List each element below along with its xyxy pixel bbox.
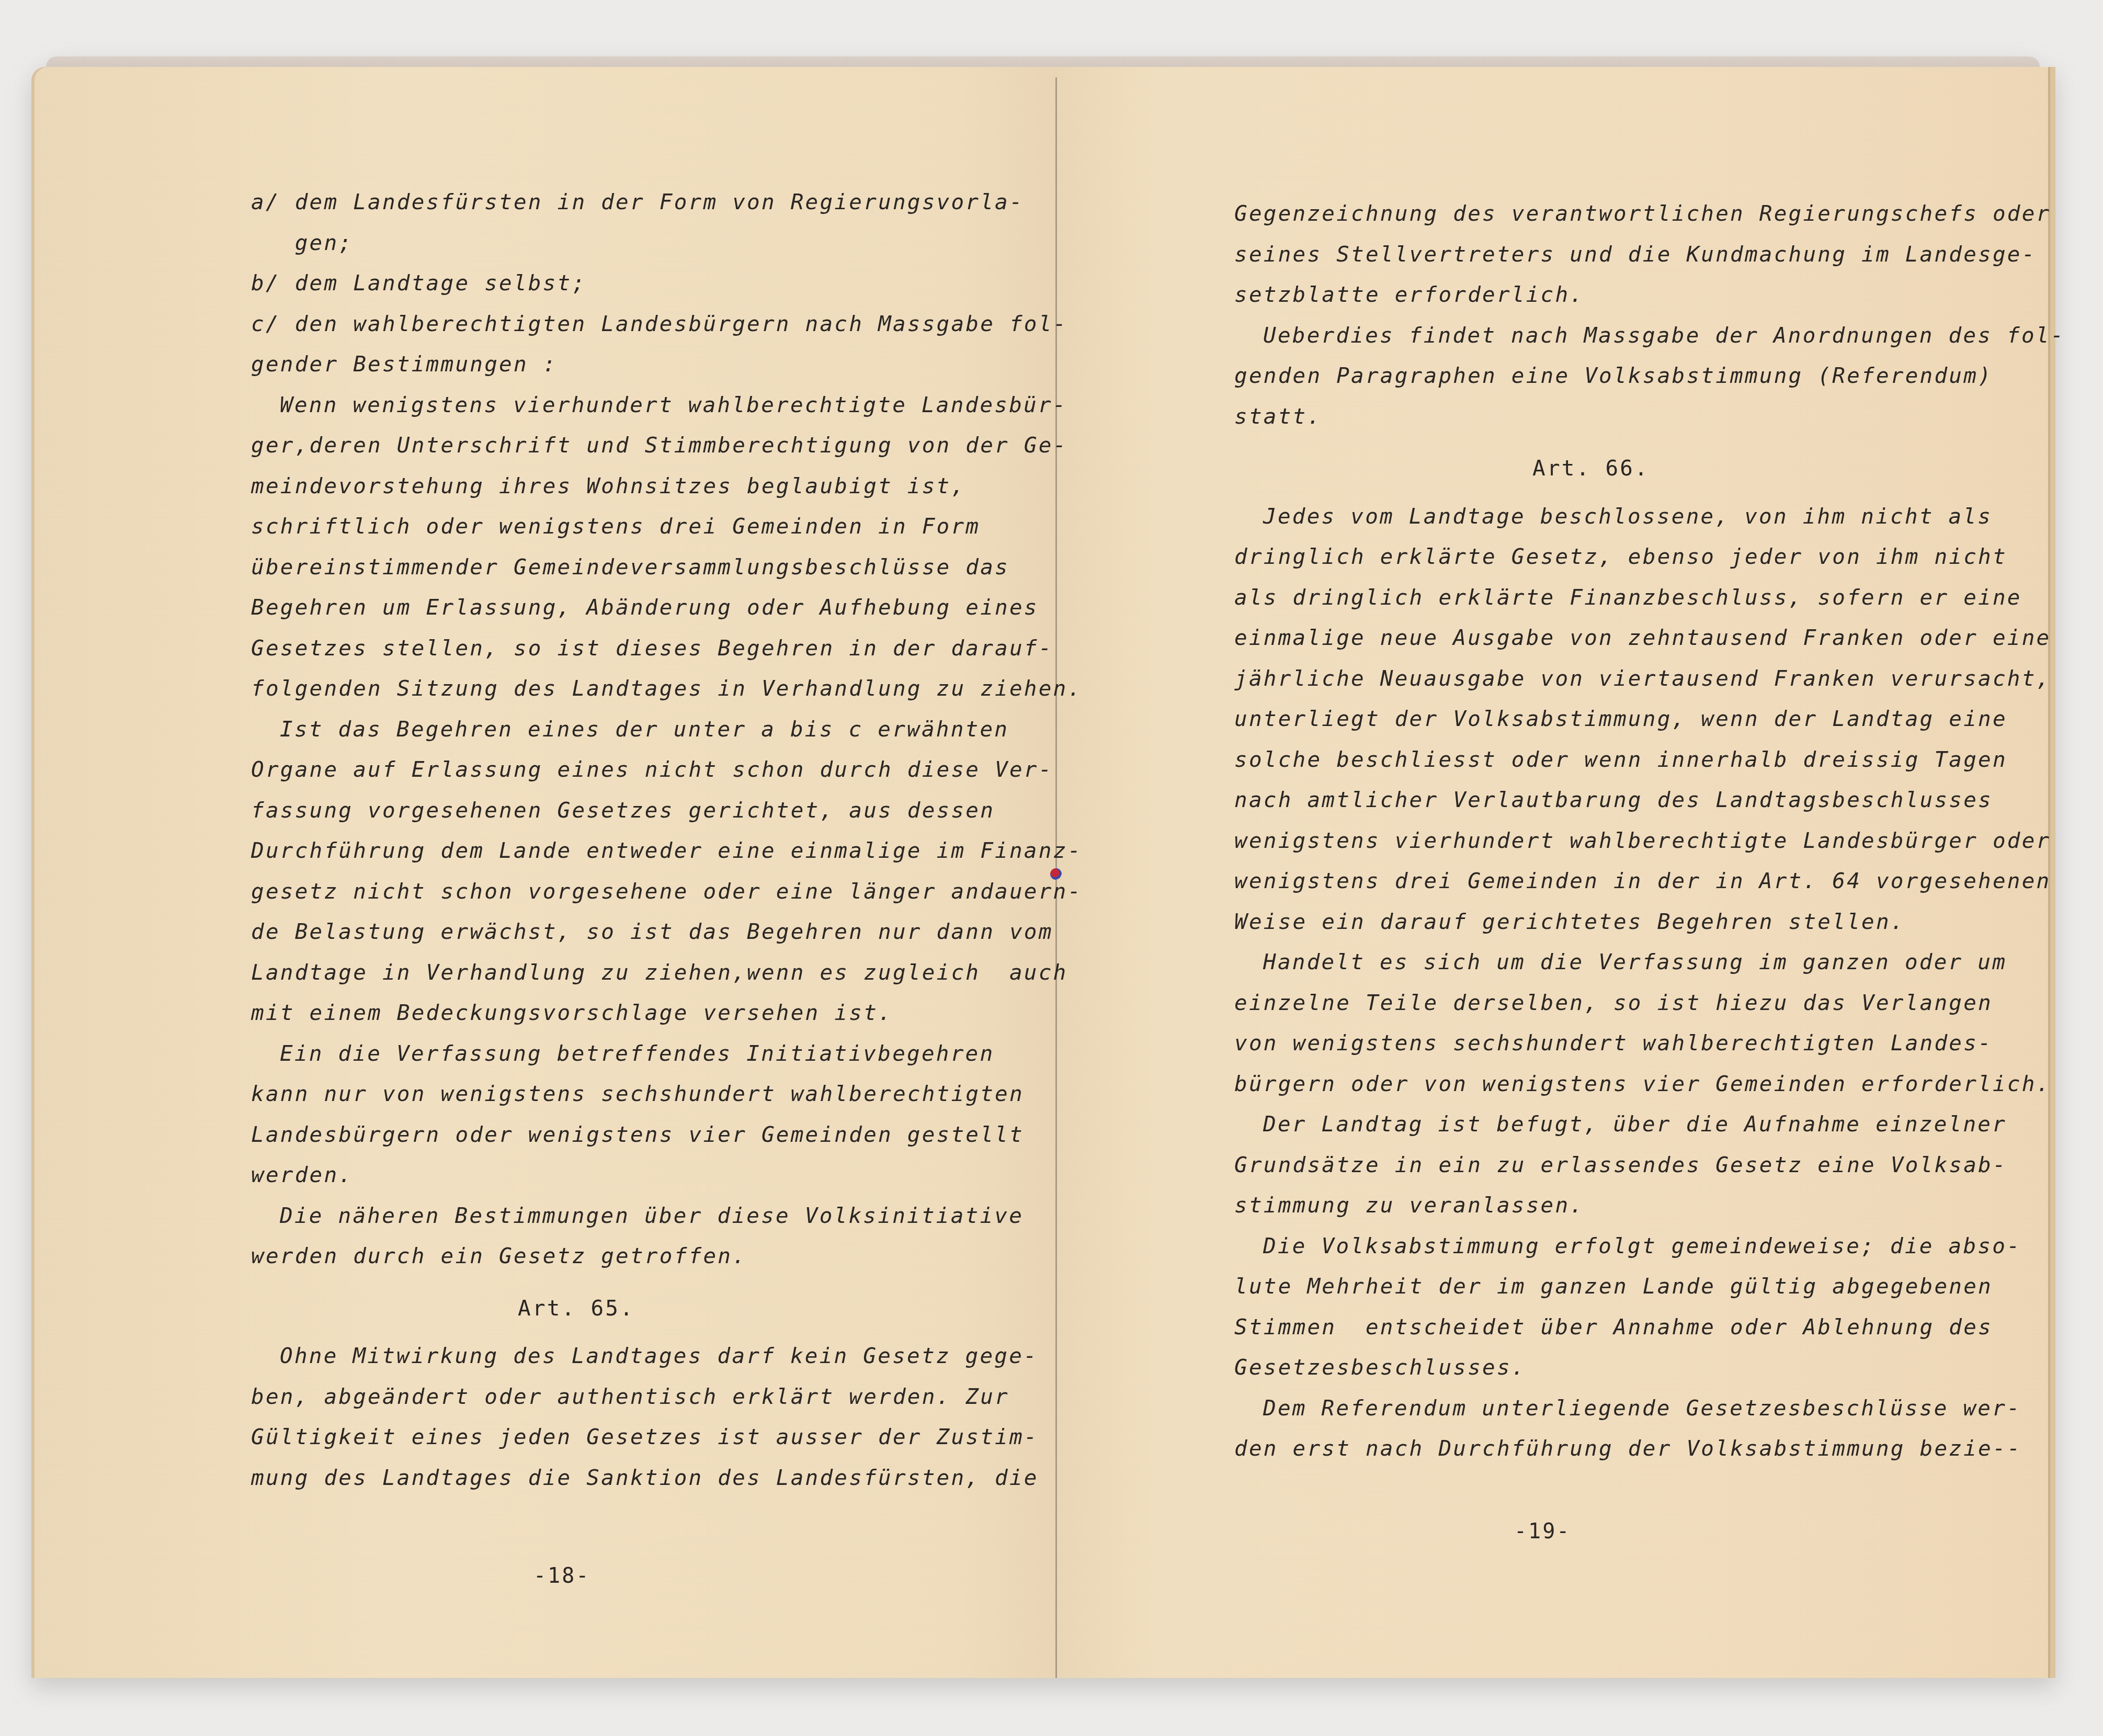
text-line: dringlich erklärte Gesetz, ebenso jeder … [1234, 537, 2065, 577]
text-line: den erst nach Durchführung der Volksabst… [1234, 1428, 2065, 1469]
text-line: seines Stellvertreters und die Kundmachu… [1234, 234, 2065, 275]
article-heading: Art. 65. [251, 1288, 1082, 1329]
page-number-right: -19- [1514, 1519, 1571, 1544]
text-line: fassung vorgesehenen Gesetzes gerichtet,… [251, 790, 1082, 831]
text-line: mit einem Bedeckungsvorschlage versehen … [251, 993, 1082, 1034]
text-line: Handelt es sich um die Verfassung im gan… [1234, 942, 2065, 983]
text-line: Jedes vom Landtage beschlossene, von ihm… [1234, 496, 2065, 537]
text-line: Stimmen entscheidet über Annahme oder Ab… [1234, 1307, 2065, 1348]
text-line: Weise ein darauf gerichtetes Begehren st… [1234, 902, 2065, 943]
text-line: unterliegt der Volksabstimmung, wenn der… [1234, 699, 2065, 740]
text-line: gender Bestimmungen : [251, 344, 1082, 385]
text-line: Grundsätze in ein zu erlassendes Gesetz … [1234, 1145, 2065, 1186]
text-line: einzelne Teile derselben, so ist hiezu d… [1234, 983, 2065, 1024]
text-line: Gesetzes stellen, so ist dieses Begehren… [251, 628, 1082, 669]
text-line: Organe auf Erlassung eines nicht schon d… [251, 750, 1082, 790]
text-line: c/ den wahlberechtigten Landesbürgern na… [251, 304, 1082, 345]
text-line: kann nur von wenigstens sechshundert wah… [251, 1074, 1082, 1115]
text-line: a/ dem Landesfürsten in der Form von Reg… [251, 182, 1082, 223]
text-line: Dem Referendum unterliegende Gesetzesbes… [1234, 1388, 2065, 1429]
text-line: Begehren um Erlassung, Abänderung oder A… [251, 587, 1082, 628]
text-line: wenigstens drei Gemeinden in der in Art.… [1234, 861, 2065, 902]
text-line: Ueberdies findet nach Massgabe der Anord… [1234, 315, 2065, 356]
text-line: meindevorstehung ihres Wohnsitzes beglau… [251, 466, 1082, 507]
text-line: ben, abgeändert oder authentisch erklärt… [251, 1377, 1082, 1417]
text-line: statt. [1234, 396, 2065, 437]
text-line: Die näheren Bestimmungen über diese Volk… [251, 1196, 1082, 1236]
text-line: ger,deren Unterschrift und Stimmberechti… [251, 425, 1082, 466]
text-line: solche beschliesst oder wenn innerhalb d… [1234, 740, 2065, 780]
text-line: nach amtlicher Verlautbarung des Landtag… [1234, 780, 2065, 821]
text-line: Die Volksabstimmung erfolgt gemeindeweis… [1234, 1226, 2065, 1267]
text-line: Gültigkeit eines jeden Gesetzes ist auss… [251, 1417, 1082, 1458]
text-line: werden durch ein Gesetz getroffen. [251, 1236, 1082, 1277]
text-line: Ist das Begehren eines der unter a bis c… [251, 709, 1082, 750]
text-line: schriftlich oder wenigstens drei Gemeind… [251, 506, 1082, 547]
text-line: übereinstimmender Gemeindeversammlungsbe… [251, 547, 1082, 588]
text-line: mung des Landtages die Sanktion des Land… [251, 1458, 1082, 1499]
text-line: von wenigstens sechshundert wahlberechti… [1234, 1023, 2065, 1064]
text-line: genden Paragraphen eine Volksabstimmung … [1234, 356, 2065, 396]
text-line: folgenden Sitzung des Landtages in Verha… [251, 668, 1082, 709]
text-line: werden. [251, 1155, 1082, 1196]
text-line: Gesetzesbeschlusses. [1234, 1347, 2065, 1388]
text-line: jährliche Neuausgabe von viertausend Fra… [1234, 659, 2065, 699]
page-number-left: -18- [533, 1564, 590, 1588]
text-line: bürgern oder von wenigstens vier Gemeind… [1234, 1064, 2065, 1105]
text-line: wenigstens vierhundert wahlberechtigte L… [1234, 821, 2065, 861]
text-line: Gegenzeichnung des verantwortlichen Regi… [1234, 194, 2065, 234]
article-heading: Art. 66. [1234, 448, 2065, 489]
left-page-text: a/ dem Landesfürsten in der Form von Reg… [251, 182, 1082, 1498]
text-line: Der Landtag ist befugt, über die Aufnahm… [1234, 1104, 2065, 1145]
text-line: b/ dem Landtage selbst; [251, 263, 1082, 304]
text-line: stimmung zu veranlassen. [1234, 1185, 2065, 1226]
text-line: gen; [251, 223, 1082, 264]
text-line: lute Mehrheit der im ganzen Lande gültig… [1234, 1266, 2065, 1307]
text-line: setzblatte erforderlich. [1234, 275, 2065, 315]
right-page-text: Gegenzeichnung des verantwortlichen Regi… [1234, 194, 2065, 1469]
text-line: Landesbürgern oder wenigstens vier Gemei… [251, 1115, 1082, 1155]
text-line: Durchführung dem Lande entweder eine ein… [251, 831, 1082, 871]
text-line: einmalige neue Ausgabe von zehntausend F… [1234, 618, 2065, 659]
text-line: Ohne Mitwirkung des Landtages darf kein … [251, 1336, 1082, 1377]
text-line: Ein die Verfassung betreffendes Initiati… [251, 1034, 1082, 1074]
text-line: de Belastung erwächst, so ist das Begehr… [251, 912, 1082, 952]
text-line: Landtage in Verhandlung zu ziehen,wenn e… [251, 952, 1082, 993]
text-line: gesetz nicht schon vorgesehene oder eine… [251, 871, 1082, 912]
text-line: als dringlich erklärte Finanzbeschluss, … [1234, 577, 2065, 618]
text-line: Wenn wenigstens vierhundert wahlberechti… [251, 385, 1082, 426]
